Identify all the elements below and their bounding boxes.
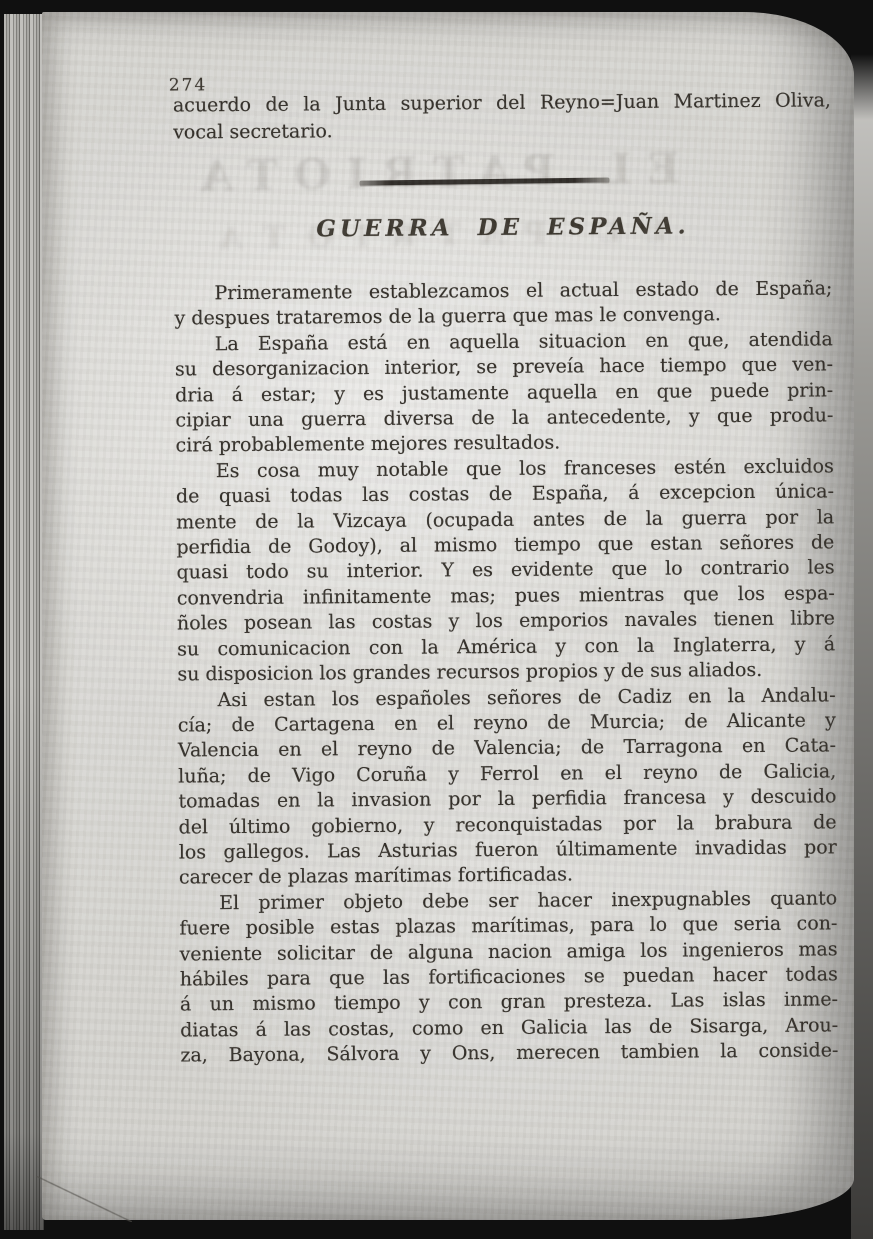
- paragraph: El primer objeto debe ser hacer inexpugn…: [179, 886, 838, 1069]
- book-page: EL PATRIOTA EL PATRIOTA 274 acuerdo de l…: [42, 12, 854, 1220]
- text-line: acuerdo de la Junta superior del Reyno=J…: [173, 87, 831, 119]
- text-line: vocal secretario.: [173, 114, 831, 146]
- section-divider-rule: [360, 177, 610, 185]
- page-edge-stack: [4, 14, 44, 1230]
- paragraph: La España está en aquella situacion en q…: [175, 327, 834, 459]
- page-corner-crease: [36, 1176, 132, 1222]
- book-scan: EL PATRIOTA EL PATRIOTA 274 acuerdo de l…: [0, 0, 873, 1239]
- paragraph: Primeramente establezcamos el actual est…: [174, 276, 832, 332]
- section-heading: GUERRA DE ESPAÑA.: [174, 211, 832, 243]
- text-line: za, Bayona, Sálvora y Ons, merecen tambi…: [180, 1039, 838, 1070]
- page-body-text: Primeramente establezcamos el actual est…: [174, 276, 838, 1069]
- printed-content: 274 acuerdo de la Junta superior del Rey…: [38, 8, 859, 1222]
- header-continuation: acuerdo de la Junta superior del Reyno=J…: [173, 87, 831, 146]
- paragraph: Es cosa muy notable que los franceses es…: [176, 454, 836, 688]
- paragraph: Asi estan los españoles señores de Cadiz…: [178, 683, 838, 891]
